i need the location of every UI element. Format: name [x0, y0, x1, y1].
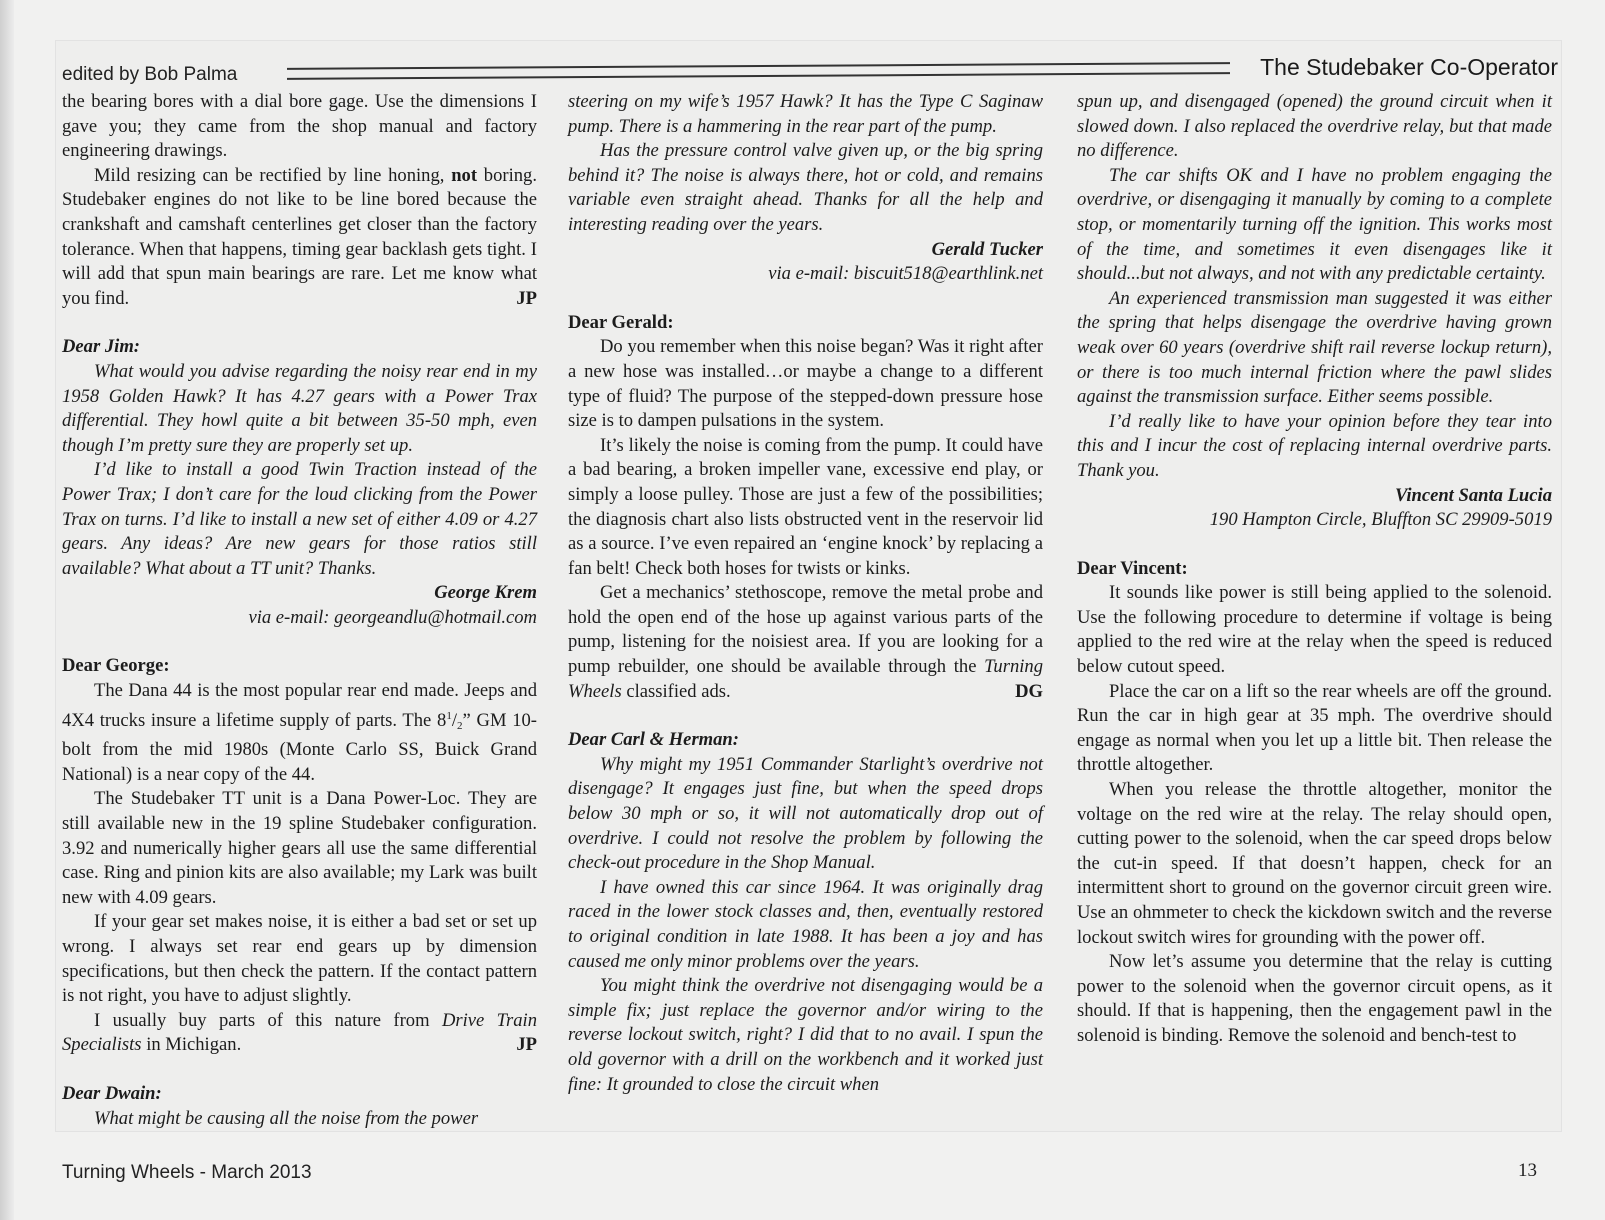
page-binding-edge [0, 0, 14, 1220]
letter-paragraph: What might be causing all the noise from… [62, 1107, 537, 1132]
editor-credit: edited by Bob Palma [62, 64, 237, 86]
salutation: Dear Vincent: [1077, 557, 1552, 582]
letter-paragraph: An experienced transmission man suggeste… [1077, 287, 1552, 410]
reply-paragraph: The Dana 44 is the most popular rear end… [62, 679, 537, 787]
text-run: Get a mechanics’ stethoscope, remove the… [568, 582, 1043, 677]
column-1: the bearing bores with a dial bore gage.… [62, 90, 537, 1131]
reply-paragraph: If your gear set makes noise, it is eith… [62, 910, 537, 1008]
reply-paragraph: It sounds like power is still being appl… [1077, 581, 1552, 679]
letter-address: 190 Hampton Circle, Bluffton SC 29909-50… [1077, 508, 1552, 533]
bold-emphasis: not [451, 165, 477, 186]
text-run: boring. Studebaker engines do not like t… [62, 165, 537, 309]
letter-signature: George Krem [62, 581, 537, 606]
letter-paragraph: The car shifts OK and I have no problem … [1077, 164, 1552, 287]
letter-signature: Vincent Santa Lucia [1077, 484, 1552, 509]
continuation-paragraph: the bearing bores with a dial bore gage.… [62, 90, 537, 164]
publication-footer: Turning Wheels - March 2013 [62, 1162, 312, 1184]
letter-paragraph: I’d really like to have your opinion bef… [1077, 410, 1552, 484]
salutation: Dear Dwain: [62, 1082, 537, 1107]
letter-dear-dwain-continued: steering on my wife’s 1957 Hawk? It has … [568, 90, 1043, 287]
text-run: I usually buy parts of this nature from [94, 1010, 442, 1031]
salutation: Dear Jim: [62, 335, 537, 360]
text-run: in Michigan. [142, 1034, 242, 1055]
reply-paragraph: Do you remember when this noise began? W… [568, 335, 1043, 433]
letter-signature: Gerald Tucker [568, 238, 1043, 263]
letter-contact: via e-mail: biscuit518@earthlink.net [568, 262, 1043, 287]
author-initials: JP [484, 1033, 537, 1058]
letter-paragraph: Why might my 1951 Commander Starlight’s … [568, 753, 1043, 876]
continuation-paragraph: Mild resizing can be rectified by line h… [62, 164, 537, 312]
fraction-numerator: 1 [446, 710, 452, 722]
letter-paragraph: steering on my wife’s 1957 Hawk? It has … [568, 90, 1043, 139]
letter-dear-carl-herman-continued: spun up, and disengaged (opened) the gro… [1077, 90, 1552, 533]
reply-paragraph: Get a mechanics’ stethoscope, remove the… [568, 581, 1043, 704]
salutation: Dear Gerald: [568, 311, 1043, 336]
reply-paragraph: Now let’s assume you determine that the … [1077, 950, 1552, 1048]
author-initials: DG [983, 680, 1043, 705]
salutation: Dear Carl & Herman: [568, 728, 1043, 753]
reply-dear-gerald: Dear Gerald: Do you remember when this n… [568, 311, 1043, 705]
header-double-rule [287, 62, 1230, 80]
reply-paragraph: Place the car on a lift so the rear whee… [1077, 680, 1552, 778]
text-run: classified ads. [622, 681, 731, 702]
letter-dear-carl-herman: Dear Carl & Herman: Why might my 1951 Co… [568, 728, 1043, 1097]
column-3: spun up, and disengaged (opened) the gro… [1077, 90, 1552, 1049]
reply-paragraph: It’s likely the noise is coming from the… [568, 434, 1043, 582]
letter-dear-dwain: Dear Dwain: What might be causing all th… [62, 1082, 537, 1131]
column-2: steering on my wife’s 1957 Hawk? It has … [568, 90, 1043, 1097]
section-title: The Studebaker Co-Operator [1260, 54, 1558, 81]
letter-dear-jim: Dear Jim: What would you advise regardin… [62, 335, 537, 630]
salutation: Dear George: [62, 654, 537, 679]
text-run: Mild resizing can be rectified by line h… [94, 165, 451, 186]
letter-paragraph: What would you advise regarding the nois… [62, 360, 537, 458]
reply-paragraph: The Studebaker TT unit is a Dana Power-L… [62, 787, 537, 910]
reply-paragraph: When you release the throttle altogether… [1077, 778, 1552, 950]
letter-paragraph: spun up, and disengaged (opened) the gro… [1077, 90, 1552, 164]
reply-dear-vincent: Dear Vincent: It sounds like power is st… [1077, 557, 1552, 1049]
page-header: edited by Bob Palma The Studebaker Co-Op… [62, 54, 1560, 88]
reply-paragraph: I usually buy parts of this nature from … [62, 1009, 537, 1058]
letter-paragraph: I have owned this car since 1964. It was… [568, 876, 1043, 974]
page-number: 13 [1518, 1160, 1537, 1182]
letter-paragraph: I’d like to install a good Twin Traction… [62, 458, 537, 581]
author-initials: JP [484, 287, 537, 312]
letter-contact: via e-mail: georgeandlu@hotmail.com [62, 606, 537, 631]
reply-dear-george: Dear George: The Dana 44 is the most pop… [62, 654, 537, 1058]
letter-paragraph: Has the pressure control valve given up,… [568, 139, 1043, 237]
letter-paragraph: You might think the overdrive not diseng… [568, 974, 1043, 1097]
